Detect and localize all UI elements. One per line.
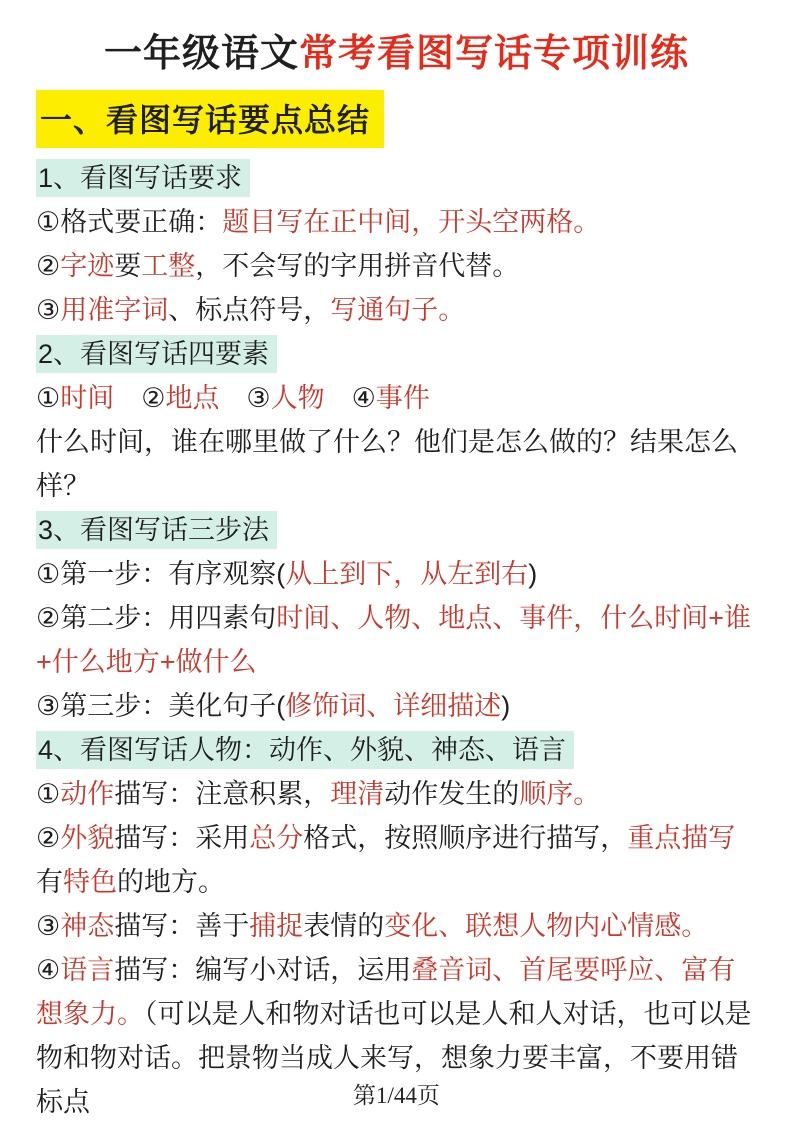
- text-segment: 动作发生的: [384, 779, 519, 809]
- text-segment: 描写：采用: [114, 823, 249, 853]
- text-segment: ①: [36, 383, 60, 413]
- text-segment: 地点: [165, 383, 219, 413]
- document-page: 一年级语文常考看图写话专项训练 一、看图写话要点总结 1、看图写话要求①格式要正…: [0, 0, 793, 1122]
- section-heading: 一、看图写话要点总结: [36, 90, 384, 148]
- text-segment: 什么时间，谁在哪里做了什么？他们是怎么做的？结果怎么样？: [36, 427, 738, 501]
- paragraph: ②外貌描写：采用总分格式，按照顺序进行描写，重点描写有特色的地方。: [36, 816, 757, 904]
- subheading-highlight: 2、看图写话四要素: [36, 335, 277, 373]
- text-segment: 从上到下，从左到右: [285, 559, 528, 589]
- text-segment: 描写：善于: [114, 911, 249, 941]
- subheading-highlight: 4、看图写话人物：动作、外貌、神态、语言: [36, 731, 574, 769]
- text-segment: ②第二步：用四素句: [36, 603, 276, 633]
- text-segment: ): [501, 691, 510, 721]
- text-segment: 要: [114, 251, 141, 281]
- text-segment: 事件: [376, 383, 430, 413]
- text-segment: 重点描写: [627, 823, 735, 853]
- text-segment: 变化、联想人物内心情感。: [384, 911, 708, 941]
- text-segment: 题目写在正中间，开头空两格。: [222, 207, 600, 237]
- section-subheading: 1、看图写话要求: [36, 156, 757, 200]
- text-segment: 1、看图写话要求: [38, 163, 242, 193]
- text-segment: 捕捉: [249, 911, 303, 941]
- paragraph: ①第一步：有序观察(从上到下，从左到右): [36, 552, 757, 596]
- text-segment: 描写：注意积累，: [114, 779, 330, 809]
- text-segment: 外貌: [60, 823, 114, 853]
- content: 1、看图写话要求①格式要正确：题目写在正中间，开头空两格。②字迹要工整，不会写的…: [36, 156, 757, 1122]
- text-segment: ): [528, 559, 537, 589]
- text-segment: 时间: [60, 383, 114, 413]
- section-subheading: 2、看图写话四要素: [36, 332, 757, 376]
- text-segment: 语言: [60, 955, 114, 985]
- page-number: 第1/44页: [0, 1077, 793, 1110]
- text-segment: 的地方。: [117, 867, 225, 897]
- text-segment: 2、看图写话四要素: [38, 339, 269, 369]
- text-segment: 人物: [271, 383, 325, 413]
- paragraph: ③第三步：美化句子(修饰词、详细描述): [36, 684, 757, 728]
- subheading-highlight: 3、看图写话三步法: [36, 511, 277, 549]
- text-segment: ③: [219, 383, 270, 413]
- text-segment: 神态: [60, 911, 114, 941]
- text-segment: 用准字词: [60, 295, 168, 325]
- text-segment: 字迹: [60, 251, 114, 281]
- text-segment: 特色: [63, 867, 117, 897]
- text-segment: ②: [36, 823, 60, 853]
- text-segment: 格式，按照顺序进行描写，: [303, 823, 627, 853]
- text-segment: ④: [325, 383, 376, 413]
- section-subheading: 3、看图写话三步法: [36, 508, 757, 552]
- paragraph: ②第二步：用四素句时间、人物、地点、事件，什么时间+谁+什么地方+做什么: [36, 596, 757, 684]
- text-segment: 有: [36, 867, 63, 897]
- text-segment: 、标点符号，: [168, 295, 330, 325]
- paragraph: ②字迹要工整，不会写的字用拼音代替。: [36, 244, 757, 288]
- text-segment: ①: [36, 779, 60, 809]
- section-heading-row: 一、看图写话要点总结: [36, 90, 793, 148]
- text-segment: ③: [36, 295, 60, 325]
- text-segment: 总分: [249, 823, 303, 853]
- paragraph: ③神态描写：善于捕捉表情的变化、联想人物内心情感。: [36, 904, 757, 948]
- paragraph: ①动作描写：注意积累，理清动作发生的顺序。: [36, 772, 757, 816]
- text-segment: 理清: [330, 779, 384, 809]
- text-segment: 表情的: [303, 911, 384, 941]
- text-segment: 动作: [60, 779, 114, 809]
- text-segment: ②: [36, 251, 60, 281]
- paragraph: ①格式要正确：题目写在正中间，开头空两格。: [36, 200, 757, 244]
- text-segment: 4、看图写话人物：动作、外貌、神态、语言: [38, 735, 566, 765]
- text-segment: 3、看图写话三步法: [38, 515, 269, 545]
- paragraph: ①时间 ②地点 ③人物 ④事件: [36, 376, 757, 420]
- section-subheading: 4、看图写话人物：动作、外貌、神态、语言: [36, 728, 757, 772]
- subheading-highlight: 1、看图写话要求: [36, 159, 250, 197]
- page-title-red-part: 常考看图写话专项训练: [299, 33, 689, 75]
- text-segment: ③第三步：美化句子(: [36, 691, 285, 721]
- text-segment: ④: [36, 955, 60, 985]
- text-segment: ①第一步：有序观察(: [36, 559, 285, 589]
- text-segment: ①格式要正确：: [36, 207, 222, 237]
- text-segment: ②: [114, 383, 165, 413]
- text-segment: 描写：编写小对话，运用: [114, 955, 411, 985]
- page-title-black-part: 一年级语文: [104, 33, 299, 75]
- text-segment: ，不会写的字用拼音代替。: [195, 251, 519, 281]
- paragraph: 什么时间，谁在哪里做了什么？他们是怎么做的？结果怎么样？: [36, 420, 757, 508]
- text-segment: 工整: [141, 251, 195, 281]
- text-segment: 写通句子。: [330, 295, 465, 325]
- paragraph: ③用准字词、标点符号，写通句子。: [36, 288, 757, 332]
- text-segment: ③: [36, 911, 60, 941]
- page-title: 一年级语文常考看图写话专项训练: [0, 0, 793, 80]
- text-segment: 修饰词、详细描述: [285, 691, 501, 721]
- text-segment: 顺序。: [519, 779, 600, 809]
